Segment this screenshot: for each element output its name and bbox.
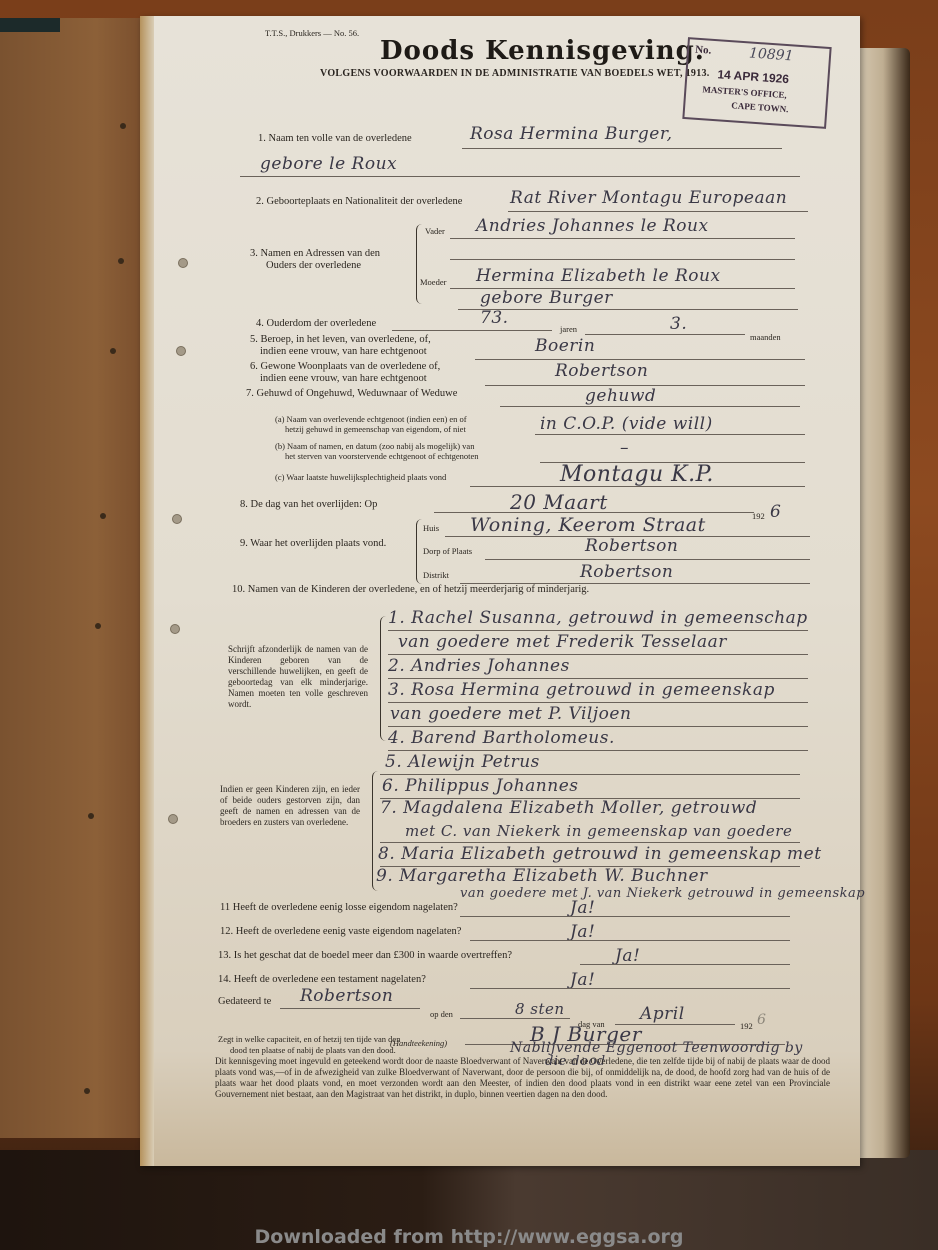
q14-value: Ja! xyxy=(570,970,595,990)
q9-district-value: Robertson xyxy=(580,562,673,582)
q7-value: gehuwd xyxy=(585,386,656,406)
q6-label: 6. Gewone Woonplaats van de overledene o… xyxy=(250,361,440,372)
q14-line xyxy=(470,988,790,989)
q3-father-line-2 xyxy=(450,259,795,260)
q3-mother-label: Moeder xyxy=(420,277,446,287)
q9-town-line xyxy=(485,559,810,560)
month-value: April xyxy=(640,1004,685,1024)
q1-value-2: gebore le Roux xyxy=(260,154,397,174)
capacity-label: Zegt in welke capaciteit, en of hetzij t… xyxy=(218,1034,400,1044)
q12-label: 12. Heeft de overledene eenig vaste eige… xyxy=(220,926,461,937)
punch-hole xyxy=(172,514,182,524)
binder-hole xyxy=(88,813,94,819)
q7c-label: (c) Waar laatste huwelijksplechtigheid p… xyxy=(275,472,446,482)
dated-place-line xyxy=(280,1008,420,1009)
q4-months-label: maanden xyxy=(750,332,781,342)
q7-label: 7. Gehuwd of Ongehuwd, Weduwnaar of Wedu… xyxy=(246,388,457,399)
child-entry: 7. Magdalena Elizabeth Moller, getrouwd xyxy=(380,798,757,818)
child-line xyxy=(388,630,808,631)
punch-hole xyxy=(176,346,186,356)
q13-label: 13. Is het geschat dat de boedel meer da… xyxy=(218,950,512,961)
q3-brace xyxy=(416,224,423,304)
q13-value: Ja! xyxy=(615,946,640,966)
q11-value: Ja! xyxy=(570,898,595,918)
child-entry: van goedere met P. Viljoen xyxy=(390,704,631,724)
q7b-value: – xyxy=(620,438,629,458)
child-line xyxy=(380,842,800,843)
q13-line xyxy=(580,964,790,965)
q4-years-label: jaren xyxy=(560,324,577,334)
stamp-office: MASTER'S OFFICE, xyxy=(702,84,787,100)
q7b-label: (b) Naam of namen, en datum (zoo nabij a… xyxy=(275,441,474,451)
q2-line xyxy=(508,211,808,212)
child-line xyxy=(388,702,808,703)
q1-line xyxy=(462,148,782,149)
punch-hole xyxy=(178,258,188,268)
q10-instruction-siblings: Indien er geen Kinderen zijn, en ieder o… xyxy=(220,784,360,828)
child-entry: 6. Philippus Johannes xyxy=(382,776,578,796)
q4-months-line xyxy=(585,334,745,335)
dated-place: Robertson xyxy=(300,986,393,1006)
q4-months: 3. xyxy=(670,314,687,334)
printer-reference: T.T.S., Drukkers — No. 56. xyxy=(265,28,359,38)
q1-line-2 xyxy=(240,176,800,177)
q8-value: 20 Maart xyxy=(510,490,608,514)
child-entry: 4. Barend Bartholomeus. xyxy=(388,728,615,748)
q6-value: Robertson xyxy=(555,361,648,381)
binder-cover xyxy=(0,18,162,1138)
q5-line xyxy=(475,359,805,360)
child-entry: 9. Margaretha Elizabeth W. Buchner xyxy=(376,866,708,886)
q5-label: 5. Beroep, in het leven, van overledene,… xyxy=(250,334,431,345)
q3-father-line xyxy=(450,238,795,239)
q8-year-prefix: 192 xyxy=(752,511,765,521)
child-line xyxy=(388,726,808,727)
child-line xyxy=(388,654,808,655)
stamp-date: 14 APR 1926 xyxy=(717,67,789,86)
punch-hole xyxy=(170,624,180,634)
q7b-label-2: het sterven van voorstervende echtgenoot… xyxy=(285,451,479,461)
q11-line xyxy=(460,916,790,917)
form-subtitle: VOLGENS VOORWAARDEN IN DE ADMINISTRATIE … xyxy=(320,68,710,79)
binder-spine-strip xyxy=(0,18,60,32)
q3-mother-value: Hermina Elizabeth le Roux xyxy=(476,266,721,286)
q9-house-value: Woning, Keerom Straat xyxy=(470,514,706,536)
child-entry: van goedere met J. van Niekerk getrouwd … xyxy=(460,886,865,901)
punch-hole xyxy=(168,814,178,824)
dated-label: Gedateerd te xyxy=(218,996,271,1007)
q10-brace-children xyxy=(380,616,387,741)
q12-line xyxy=(470,940,790,941)
q3-label-2: Ouders der overledene xyxy=(266,260,361,271)
q10-label: 10. Namen van de Kinderen der overledene… xyxy=(232,584,589,595)
year-prefix: 192 xyxy=(740,1021,753,1031)
q7a-label: (a) Naam van overlevende echtgenoot (ind… xyxy=(275,414,467,424)
instructions-text: Dit kennisgeving moet ingevuld en geteek… xyxy=(215,1056,830,1100)
q7a-line xyxy=(535,434,805,435)
q10-instruction-children: Schrijft afzonderlijk de namen van de Ki… xyxy=(228,644,368,710)
q9-town-value: Robertson xyxy=(585,536,678,556)
q4-years: 73. xyxy=(480,308,509,328)
on-label: op den xyxy=(430,1009,453,1019)
q4-years-line xyxy=(392,330,552,331)
binder-hole xyxy=(118,258,124,264)
q3-father-label: Vader xyxy=(425,226,445,236)
child-entry: 1. Rachel Susanna, getrouwd in gemeensch… xyxy=(388,608,808,628)
q11-label: 11 Heeft de overledene eenig losse eigen… xyxy=(220,902,458,913)
on-day: 8 sten xyxy=(515,1000,565,1018)
q9-label: 9. Waar het overlijden plaats vond. xyxy=(240,538,386,549)
child-line xyxy=(388,678,808,679)
q3-mother-value-2: gebore Burger xyxy=(480,288,613,308)
stamp-number: 10891 xyxy=(748,45,794,64)
q8-label: 8. De dag van het overlijden: Op xyxy=(240,499,377,510)
stamp-town: CAPE TOWN. xyxy=(731,100,789,114)
death-notice-page: T.T.S., Drukkers — No. 56. Doods Kennisg… xyxy=(140,16,860,1166)
q1-label: 1. Naam ten volle van de overledene xyxy=(258,133,412,144)
masters-office-stamp: No. 10891 14 APR 1926 MASTER'S OFFICE, C… xyxy=(682,37,831,129)
child-entry: van goedere met Frederik Tesselaar xyxy=(398,632,727,652)
child-entry: 8. Maria Elizabeth getrouwd in gemeenska… xyxy=(378,844,822,864)
q9-brace xyxy=(416,519,423,584)
binder-hole xyxy=(120,123,126,129)
form-title: Doods Kennisgeving. xyxy=(380,36,705,66)
q3-label: 3. Namen en Adressen van den xyxy=(250,248,380,259)
q3-mother-line-2 xyxy=(458,309,798,310)
q8-line xyxy=(434,512,754,513)
q9-district-label: Distrikt xyxy=(423,570,449,580)
stamp-no-label: No. xyxy=(695,44,712,57)
q7-line xyxy=(500,406,800,407)
binder-hole xyxy=(110,348,116,354)
q14-label: 14. Heeft de overledene een testament na… xyxy=(218,974,426,985)
q2-value: Rat River Montagu Europeaan xyxy=(510,188,787,208)
child-entry: 3. Rosa Hermina getrouwd in gemeenskap xyxy=(388,680,775,700)
q12-value: Ja! xyxy=(570,922,595,942)
q7a-value: in C.O.P. (vide will) xyxy=(540,414,713,434)
watermark: Downloaded from http://www.eggsa.org xyxy=(0,1226,938,1248)
q9-town-label: Dorp of Plaats xyxy=(423,546,472,556)
child-entry: 2. Andries Johannes xyxy=(388,656,570,676)
child-entry: met C. van Niekerk in gemeenskap van goe… xyxy=(405,822,792,840)
q9-house-label: Huis xyxy=(423,523,439,533)
q6-label-2: indien eene vrouw, van hare echtgenoot xyxy=(260,373,427,384)
page-binding-edge xyxy=(140,16,154,1166)
year-suffix: 6 xyxy=(757,1012,766,1028)
child-line xyxy=(388,750,808,751)
q5-label-2: indien eene vrouw, van hare echtgenoot xyxy=(260,346,427,357)
child-line xyxy=(380,774,800,775)
q7c-line xyxy=(470,486,805,487)
q8-year-suffix: 6 xyxy=(770,502,781,522)
binder-hole xyxy=(84,1088,90,1094)
q2-label: 2. Geboorteplaats en Nationaliteit der o… xyxy=(256,196,462,207)
capacity-label-2: dood ten plaatse of nabij de plaats van … xyxy=(230,1045,396,1055)
on-day-line xyxy=(460,1018,570,1019)
q4-label: 4. Ouderdom der overledene xyxy=(256,318,376,329)
q7a-label-2: hetzij gehuwd in gemeenschap van eigendo… xyxy=(285,424,466,434)
q5-value: Boerin xyxy=(535,336,595,356)
q3-father-value: Andries Johannes le Roux xyxy=(476,216,709,236)
q1-value: Rosa Hermina Burger, xyxy=(470,124,673,144)
binder-hole xyxy=(95,623,101,629)
child-entry: 5. Alewijn Petrus xyxy=(385,752,540,772)
binder-hole xyxy=(100,513,106,519)
q7c-value: Montagu K.P. xyxy=(560,462,714,487)
